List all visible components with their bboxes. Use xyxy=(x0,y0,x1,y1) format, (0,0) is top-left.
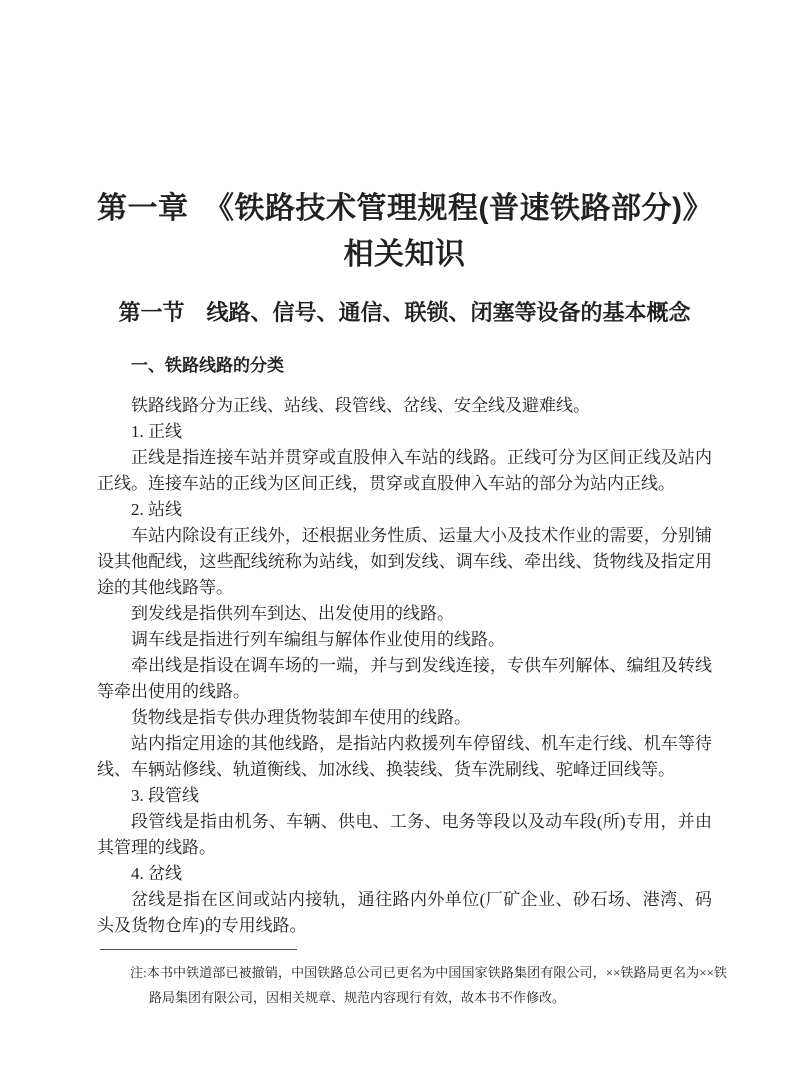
chapter-title-line1: 第一章 《铁路技术管理规程(普速铁路部分)》 xyxy=(97,186,712,232)
page-content: 第一章 《铁路技术管理规程(普速铁路部分)》 相关知识 第一节 线路、信号、通信… xyxy=(97,0,712,1010)
paragraph: 站内指定用途的其他线路，是指站内救援列车停留线、机车走行线、机车等待线、车辆站修… xyxy=(97,731,712,783)
paragraph: 调车线是指进行列车编组与解体作业使用的线路。 xyxy=(97,627,712,653)
paragraph: 正线是指连接车站并贯穿或直股伸入车站的线路。正线可分为区间正线及站内正线。连接车… xyxy=(97,445,712,497)
subsection-heading: 一、铁路线路的分类 xyxy=(97,356,712,376)
paragraph-numbered-item: 4. 岔线 xyxy=(97,861,712,887)
paragraph: 货物线是指专供办理货物装卸车使用的线路。 xyxy=(97,705,712,731)
paragraph-numbered-item: 3. 段管线 xyxy=(97,783,712,809)
paragraph-numbered-item: 2. 站线 xyxy=(97,497,712,523)
paragraph-numbered-item: 1. 正线 xyxy=(97,419,712,445)
body-text: 铁路线路分为正线、站线、段管线、岔线、安全线及避难线。 1. 正线 正线是指连接… xyxy=(97,393,712,939)
footnote: 注:本书中铁道部已被撤销，中国铁路总公司已更名为中国国家铁路集团有限公司，××铁… xyxy=(130,960,727,1010)
chapter-title: 第一章 《铁路技术管理规程(普速铁路部分)》 相关知识 xyxy=(97,186,712,278)
paragraph: 牵出线是指设在调车场的一端，并与到发线连接，专供车列解体、编组及转线等牵出使用的… xyxy=(97,653,712,705)
paragraph: 段管线是指由机务、车辆、供电、工务、电务等段以及动车段(所)专用，并由其管理的线… xyxy=(97,809,712,861)
paragraph: 铁路线路分为正线、站线、段管线、岔线、安全线及避难线。 xyxy=(97,393,712,419)
paragraph: 到发线是指供列车到达、出发使用的线路。 xyxy=(97,601,712,627)
chapter-title-line2: 相关知识 xyxy=(97,232,712,278)
footnote-separator-rule xyxy=(100,949,297,950)
paragraph: 岔线是指在区间或站内接轨，通往路内外单位(厂矿企业、砂石场、港湾、码头及货物仓库… xyxy=(97,887,712,939)
section-title: 第一节 线路、信号、通信、联锁、闭塞等设备的基本概念 xyxy=(97,298,712,328)
paragraph: 车站内除设有正线外，还根据业务性质、运量大小及技术作业的需要，分别铺设其他配线，… xyxy=(97,523,712,601)
book-page: 第一章 《铁路技术管理规程(普速铁路部分)》 相关知识 第一节 线路、信号、通信… xyxy=(0,0,800,1082)
